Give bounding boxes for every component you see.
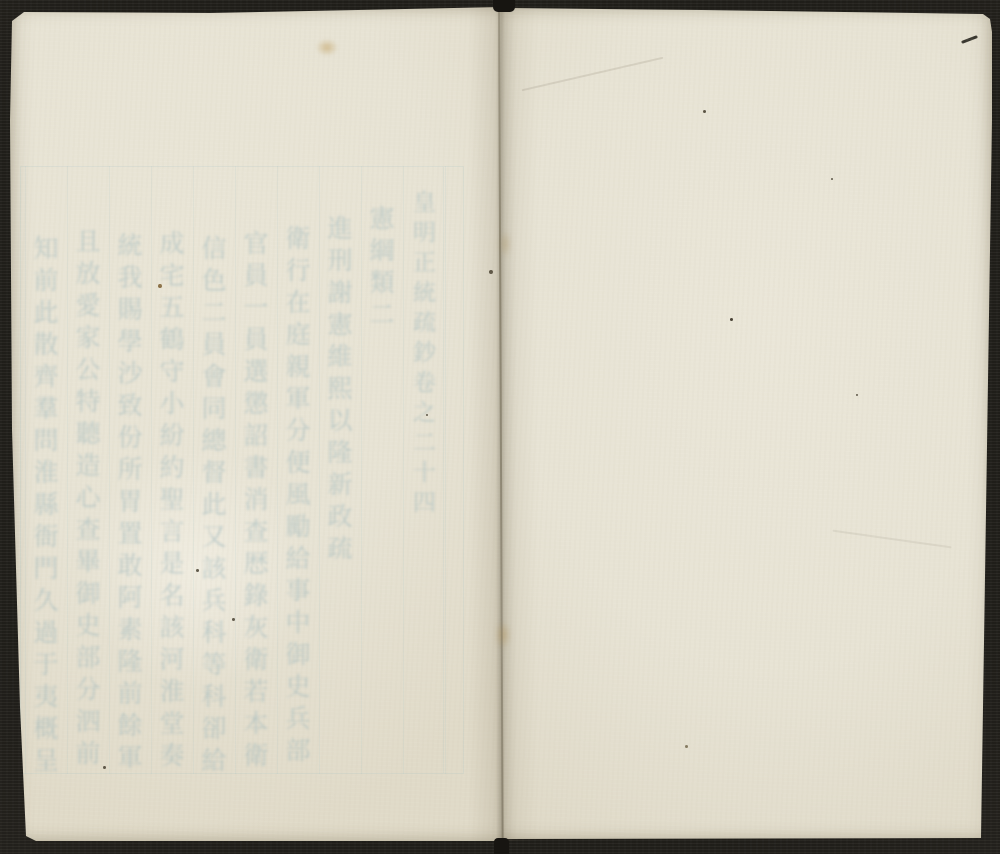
left-page: 皇明正統疏鈔卷之二十四 憲綱類二 進刑謝憲維熙以隆新政疏 衛行在庭親軍分便風勵給… [10, 7, 502, 841]
ink-speck [703, 110, 706, 113]
ink-speck [685, 745, 688, 748]
paper-crease [522, 57, 664, 92]
paper-crease [832, 530, 951, 549]
right-page [502, 8, 992, 840]
foxing-stain [312, 36, 342, 59]
pen-mark [961, 35, 978, 44]
showthrough-text-block: 皇明正統疏鈔卷之二十四 憲綱類二 進刑謝憲維熙以隆新政疏 衛行在庭親軍分便風勵給… [20, 166, 464, 774]
ink-speck [730, 318, 733, 321]
ink-speck [831, 178, 833, 180]
ink-speck [856, 394, 858, 396]
scan-backdrop: 皇明正統疏鈔卷之二十四 憲綱類二 進刑謝憲維熙以隆新政疏 衛行在庭親軍分便風勵給… [0, 0, 1000, 854]
ink-speck [489, 270, 493, 274]
showthrough-column-grid [20, 166, 464, 774]
